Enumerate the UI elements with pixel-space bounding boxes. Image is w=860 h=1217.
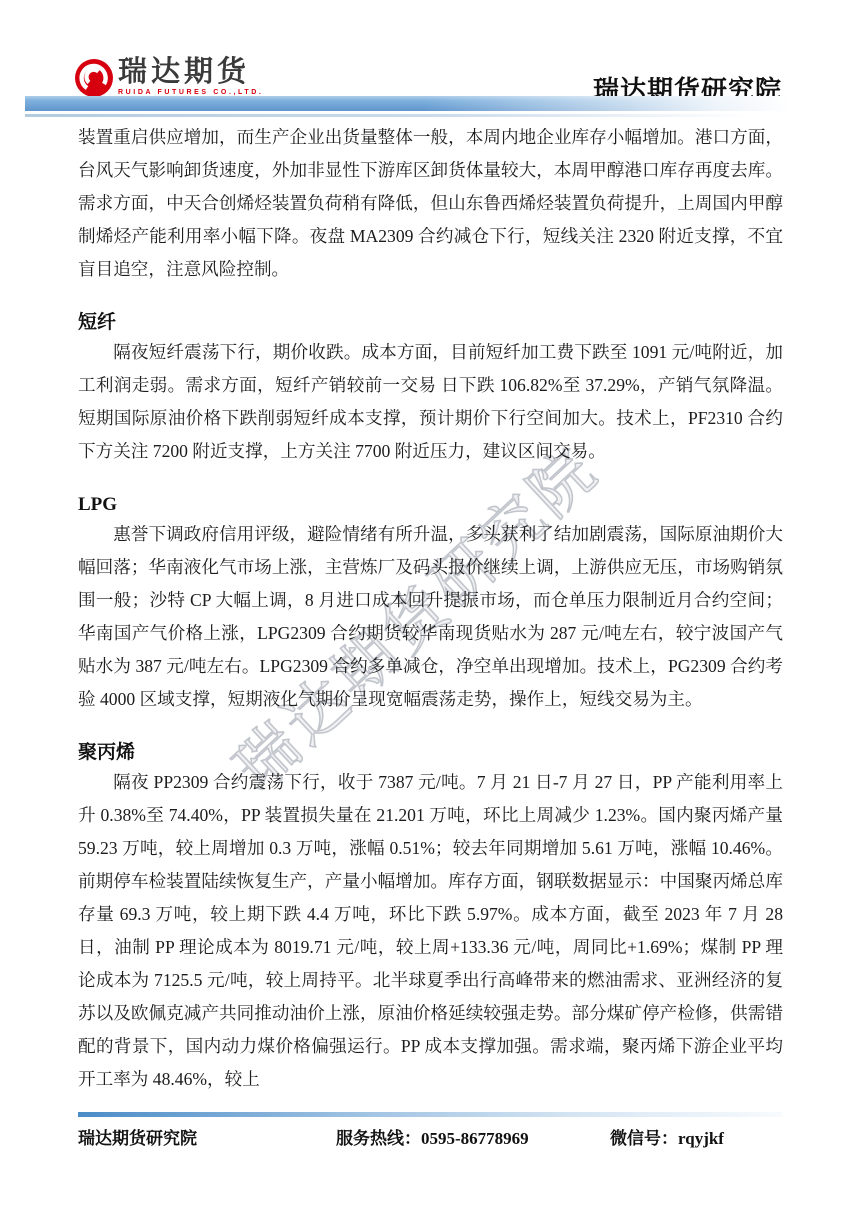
footer-wechat: 微信号：rqyjkf [610,1124,724,1149]
footer-wechat-id: rqyjkf [678,1129,724,1148]
logo-brand-cn: 瑞达期货 [118,56,263,88]
footer-wechat-label: 微信号： [610,1129,678,1148]
ruida-logo-icon [74,58,114,98]
footer-institute: 瑞达期货研究院 [78,1124,197,1149]
header-divider-bar [25,96,791,111]
report-body: 装置重启供应增加，而生产企业出货量整体一般，本周内地企业库存小幅增加。港口方面，… [78,121,783,1096]
section-heading-lpg: LPG [78,492,783,518]
section-paragraph-jubingxi: 隔夜 PP2309 合约震荡下行，收于 7387 元/吨。7 月 21 日-7 … [78,766,783,1096]
logo-brand-en: RUIDA FUTURES CO.,LTD. [118,89,263,96]
paragraph-continuation: 装置重启供应增加，而生产企业出货量整体一般，本周内地企业库存小幅增加。港口方面，… [78,121,783,286]
report-footer: 瑞达期货研究院 服务热线：0595-86778969 微信号：rqyjkf [78,1124,782,1150]
section-heading-jubingxi: 聚丙烯 [78,740,783,766]
footer-hotline-number: 0595-86778969 [421,1129,529,1148]
company-logo: 瑞达期货 RUIDA FUTURES CO.,LTD. [74,56,263,98]
section-heading-duanxian: 短纤 [78,310,783,336]
header-divider-line [25,114,791,117]
section-paragraph-lpg: 惠誉下调政府信用评级，避险情绪有所升温，多头获利了结加剧震荡，国际原油期价大幅回… [78,518,783,716]
report-page: 瑞达期货 RUIDA FUTURES CO.,LTD. 瑞达期货研究院 瑞达期货… [0,0,860,1217]
logo-text: 瑞达期货 RUIDA FUTURES CO.,LTD. [118,56,263,96]
footer-divider-bar [78,1112,782,1117]
footer-hotline-label: 服务热线： [336,1129,421,1148]
footer-hotline: 服务热线：0595-86778969 [336,1124,529,1149]
section-paragraph-duanxian: 隔夜短纤震荡下行，期价收跌。成本方面，目前短纤加工费下跌至 1091 元/吨附近… [78,336,783,468]
